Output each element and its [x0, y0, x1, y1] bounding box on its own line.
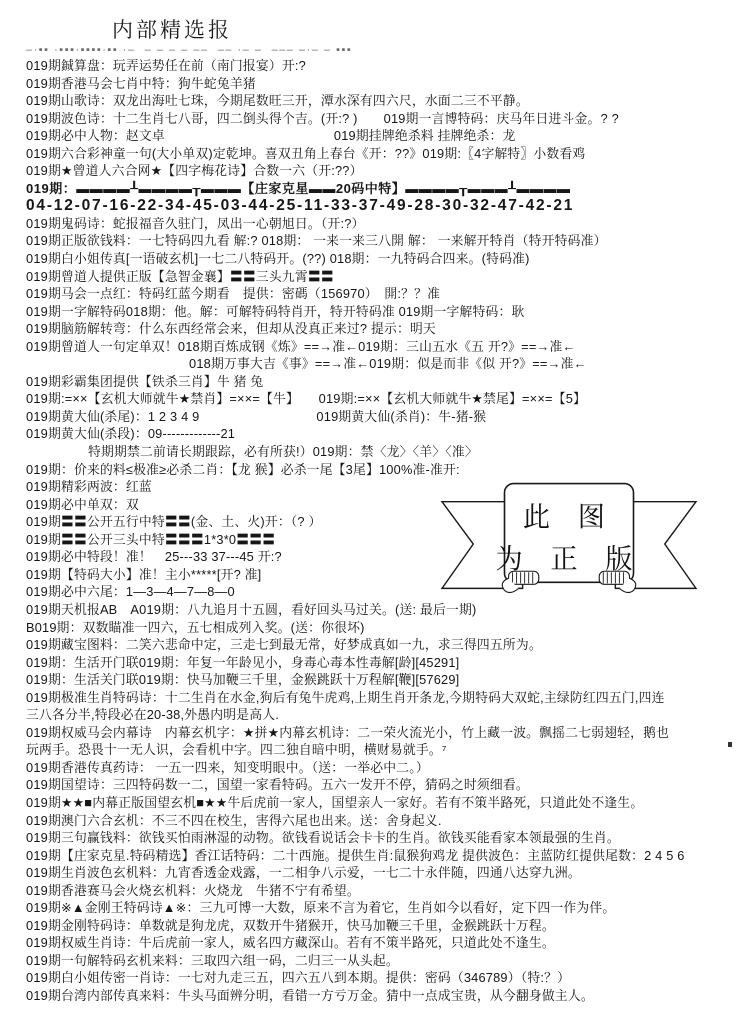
report-line: 019期白小姐传密一肖诗：一七对九走三五，四六五八到本期。提供：密码（34678… [26, 969, 736, 987]
report-line: 019期香港马会七肖中特：狗牛蛇兔羊猪 [26, 75, 736, 93]
banker-bars-line: 019期：▬▬▬▬┸▬▬▬▬┰▬▬▬【庄家克星▬▬20码中特】▬▬▬▬┰▬▬▬┸… [26, 180, 736, 198]
report-line: 019期权威生肖诗：牛后虎前一家人，威名四方藏深山。若有不策半路死，只道此处不逢… [26, 934, 736, 952]
report-line: 019期★曾道人六合网★【四字梅花诗】合数一六（开:??） [26, 162, 736, 180]
report-line: 019期三句赢钱料：欲钱买怕雨淋湿的动物。欲钱看说话会卡卡的生肖。欲钱买能看家本… [26, 829, 736, 847]
report-line: 019期※▲金刚王特码诗▲※：三九可博一大数，原来不言为着它，生肖如今以看好，定… [26, 899, 736, 917]
report-line: 019期鬼码诗：蛇报福音久驻门，凤出一心朝旭日。（开:?） [26, 215, 736, 233]
stamp-text-top: 此 图 [523, 501, 615, 532]
tip-sheet-page: 内部精选报 –·▪▪ ·▪▪▪·▪▪▪▪·▪▪ ·– – – – – –– ––… [0, 0, 738, 1024]
report-line: 019期一字解特码018期：他。解：可解特码特肖开，特开特码准 019期一字解特… [26, 303, 736, 321]
report-line: 三八各分半,特段必在20-38,外愚内明是高人. [26, 706, 736, 724]
report-line: 019期白小姐传真[一语破玄机]一七二八特码开。(??) 018期：一九特码合四… [26, 250, 736, 268]
clipped-text-line: –·▪▪ ·▪▪▪·▪▪▪▪·▪▪ ·– – – – – –– –– ·– – … [26, 44, 736, 57]
report-line: 玩两手。恐畏十一无人识，会看机中字。四二独自暗中明，横财易就手。⁷ [26, 741, 736, 759]
report-line: 019期波色诗：十二生肖七八哥，四二倒头得个吉。(开:? ) 019期一言博特码… [26, 110, 736, 128]
report-line: 019期生肖波色玄机料：九宵香透金戏露，一二相争八示爱，一七二十永伴随，四通八达… [26, 864, 736, 882]
report-line: B019期：双数瞄准一四六，五七相成列入奖。(送：你很坏) [26, 619, 736, 637]
report-line: 018期万事大吉《事》==→准←019期：似是而非《似 开?》==→准← [26, 355, 736, 373]
report-line: 019期金刚特码诗：单数就是狗龙虎，双数开牛猪猴开，快马加鞭三千里，金猴跳跃十万… [26, 917, 736, 935]
report-line: 019期权威马会内幕诗 内幕玄机字：★拼★内幕玄机诗：二一荣火流光小，竹上藏一波… [26, 724, 736, 742]
report-line: 019期：生活开门联019期：年复一年龄见小，身毒心毒本性毒解[龄][45291… [26, 654, 736, 672]
report-line: 019期:=××【玄机大师就牛★禁肖】=××=【牛】 019期:=××【玄机大师… [26, 390, 736, 408]
stray-mark [728, 742, 732, 747]
report-line: 特期期禁二前请长期跟踪，必有所获!）019期：禁〈龙〉〈羊〉〈准〉 [26, 443, 736, 461]
report-line: 019期必中人物：赵文卓 019期挂牌绝杀料 挂牌绝杀：龙 [26, 127, 736, 145]
report-line: 019期一句解特码玄机来料：三取四六组一码，二归三一从头起。 [26, 952, 736, 970]
report-line: 019期【庄家克星.特码精选】香江话特码：二十西施。提供生肖:鼠猴狗鸡龙 提供波… [26, 847, 736, 865]
report-line: 019期天机报AB A019期：八九追月十五圆，看好回头马过关。(送: 最后一期… [26, 601, 736, 619]
report-line: 019期台湾内部传真来料：牛头马面辨分明，看错一方亏万金。猜中一点成宝贵，从今翻… [26, 987, 736, 1005]
report-line: 019期黄大仙(杀段)：09-------------21 [26, 425, 736, 443]
report-line: 019期六合彩神童一句(大小单双)定乾坤。喜双丑角上春台《开：??》019期:〖… [26, 145, 736, 163]
report-line: 019期：价来的料≤极准≥必杀二肖：【龙 猴】必杀一尾【3尾】100%准-准开: [26, 461, 736, 479]
page-title: 内部精选报 [112, 14, 232, 44]
report-line: 019期脑筋解转弯：什么东西经常会来，但却从没真正来过? 提示：明天 [26, 320, 736, 338]
genuine-edition-stamp: 此 图 为 正 版 [440, 477, 698, 599]
report-line: 019期国望诗：三四特码数一二，国望一家看特码。五六一发开不停，猜码之时须细看。 [26, 776, 736, 794]
report-line: 019期香港赛马会火烧玄机料：火烧龙 牛猪不宁有希望。 [26, 882, 736, 900]
report-line: 019期山歌诗：双龙出海吐七珠，今期尾数旺三开，潭水深有四六尺，水面二三不平静。 [26, 92, 736, 110]
report-line: 019期藏宝图料：二笑六悲命中定，三走七到最无常，好梦成真如一九，求三得四五所为… [26, 636, 736, 654]
report-line: 019期澳门六合玄机：不三不四在校生，害得六尾也出来。送：舍身起义. [26, 812, 736, 830]
report-line: 019期极准生肖特码诗：十二生肖在水金,狗后有兔牛虎鸡,上期生肖开条龙,今期特码… [26, 689, 736, 707]
report-line: 019期彩霸集团提供【铁杀三肖】牛 猪 兔 [26, 373, 736, 391]
report-line: 019期曾道人一句定单双！018期百炼成钢《炼》==→准←019期：三山五水《五… [26, 338, 736, 356]
report-line: 019期黄大仙(杀尾)：1 2 3 4 9 019期黄大仙(杀肖)：牛-猪-猴 [26, 408, 736, 426]
report-line: 019期鋮算盘：玩弄运势任在前（南门报宴）开:? [26, 57, 736, 75]
report-line: 019期正版欲钱料：一七特码四九看 解:? 018期： 一来一来三八開 解： 一… [26, 232, 736, 250]
report-line: 019期曾道人提供正版【急智金襄】〓〓三头九霄〓〓 [26, 268, 736, 286]
twenty-codes-line: 04-12-07-16-22-34-45-03-44-25-11-33-37-4… [26, 197, 736, 215]
stamp-text-bottom: 为 正 版 [495, 543, 642, 574]
report-line: 019期马会一点红：特码红蓝今期看 提供：密碼（156970） 開:？？准 [26, 285, 736, 303]
report-line: 019期：生活关门联019期：快马加鞭三千里，金猴跳跃十万程解[鞭][57629… [26, 671, 736, 689]
report-line: 019期★★■内幕正版国望玄机■★★牛后虎前一家人，国望亲人一家好。若有不策半路… [26, 794, 736, 812]
report-line: 019期香港传真药诗： 一五一四来，知变明眼中。（送：一举必中二。） [26, 759, 736, 777]
